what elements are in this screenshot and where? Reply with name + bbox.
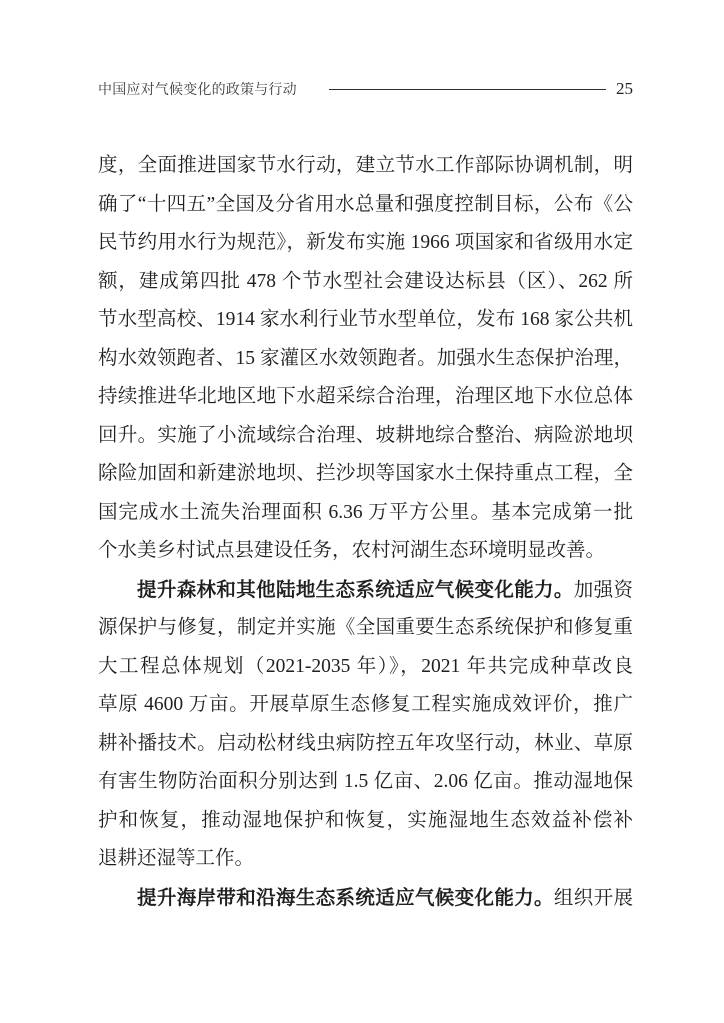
text-line: 额，建成第四批 478 个节水型社会建设达标县（区）、262 所	[98, 263, 633, 302]
paragraph-lead-bold: 提升森林和其他陆地生态系统适应气候变化能力。	[137, 579, 574, 601]
paragraph-lead-bold: 提升海岸带和沿海生态系统适应气候变化能力。	[137, 887, 554, 909]
running-title: 中国应对气候变化的政策与行动	[98, 79, 297, 99]
body-text: 度，全面推进国家节水行动，建立节水工作部际协调机制，明确了“十四五”全国及分省用…	[98, 147, 633, 917]
text-line: 提升海岸带和沿海生态系统适应气候变化能力。组织开展	[98, 879, 633, 918]
text-line: 回升。实施了小流域综合治理、坡耕地综合整治、病险淤地坝	[98, 417, 633, 456]
text-line: 个水美乡村试点县建设任务，农村河湖生态环境明显改善。	[98, 532, 633, 571]
header-rule	[329, 89, 606, 90]
text-line: 护和恢复，推动湿地保护和恢复，实施湿地生态效益补偿补助、	[98, 802, 633, 841]
document-page: 中国应对气候变化的政策与行动 25 度，全面推进国家节水行动，建立节水工作部际协…	[0, 0, 724, 1023]
text-line: 源保护与修复，制定并实施《全国重要生态系统保护和修复重	[98, 609, 633, 648]
text-line: 确了“十四五”全国及分省用水总量和强度控制目标，公布《公	[98, 186, 633, 225]
text-line: 民节约用水行为规范》，新发布实施 1966 项国家和省级用水定	[98, 224, 633, 263]
text-line: 除险加固和新建淤地坝、拦沙坝等国家水土保持重点工程，全	[98, 455, 633, 494]
page-number: 25	[616, 79, 633, 99]
text-line: 构水效领跑者、15 家灌区水效领跑者。加强水生态保护治理，	[98, 340, 633, 379]
page-header: 中国应对气候变化的政策与行动 25	[98, 78, 633, 100]
text-line: 草原 4600 万亩。开展草原生态修复工程实施成效评价，推广免	[98, 686, 633, 725]
text-line: 有害生物防治面积分别达到 1.5 亿亩、2.06 亿亩。推动湿地保	[98, 763, 633, 802]
text-line: 耕补播技术。启动松材线虫病防控五年攻坚行动，林业、草原	[98, 725, 633, 764]
text-line: 度，全面推进国家节水行动，建立节水工作部际协调机制，明	[98, 147, 633, 186]
text-line: 国完成水土流失治理面积 6.36 万平方公里。基本完成第一批 55	[98, 494, 633, 533]
text-line: 持续推进华北地区地下水超采综合治理，治理区地下水位总体	[98, 378, 633, 417]
text-line: 退耕还湿等工作。	[98, 840, 633, 879]
text-line: 节水型高校、1914 家水利行业节水型单位，发布 168 家公共机	[98, 301, 633, 340]
text-line: 提升森林和其他陆地生态系统适应气候变化能力。加强资	[98, 571, 633, 610]
text-line: 大工程总体规划（2021-2035 年）》，2021 年共完成种草改良	[98, 648, 633, 687]
